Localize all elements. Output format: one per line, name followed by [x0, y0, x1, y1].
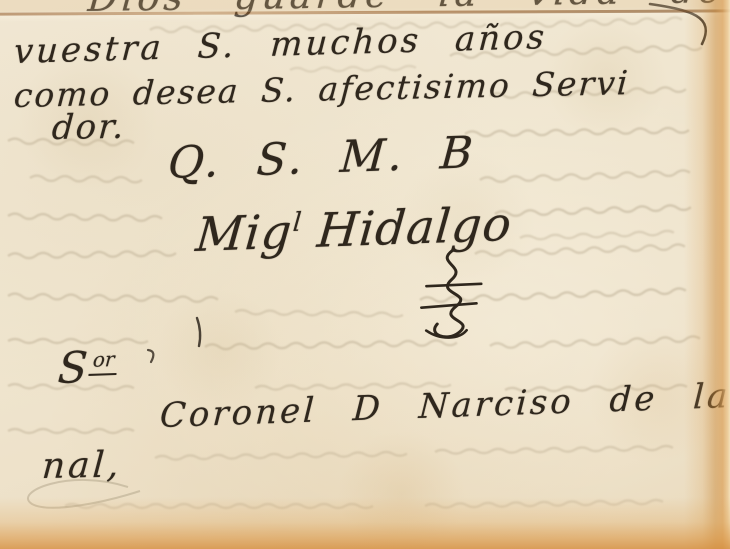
- manuscript-page: Dios guarde la vida de vuestra S. muchos…: [0, 0, 730, 549]
- salutation-letter: S: [56, 343, 89, 394]
- aged-right-edge: [684, 0, 730, 549]
- addressee-salutation: Sor: [56, 342, 119, 394]
- addressee-line-nal: nal,: [41, 445, 123, 487]
- rubric-stroke: [434, 249, 474, 340]
- signature-given-abbrev: Mig: [194, 205, 295, 264]
- valediction-qsmb: Q. S. M. B: [166, 127, 477, 189]
- manuscript-line-dor: dor.: [51, 107, 127, 148]
- stray-ink-mark: [197, 318, 200, 346]
- signature-rubric-flourish: [418, 246, 486, 341]
- signature-surname: Hidalgo: [315, 197, 514, 259]
- salutation-superscript: or: [89, 347, 119, 376]
- aged-bottom-edge: [0, 497, 730, 549]
- stray-ink-mark: [148, 350, 153, 362]
- rubric-stroke: [418, 276, 482, 341]
- signature-superscript: l: [292, 208, 304, 238]
- signature-miguel-hidalgo: Migl Hidalgo: [194, 197, 515, 263]
